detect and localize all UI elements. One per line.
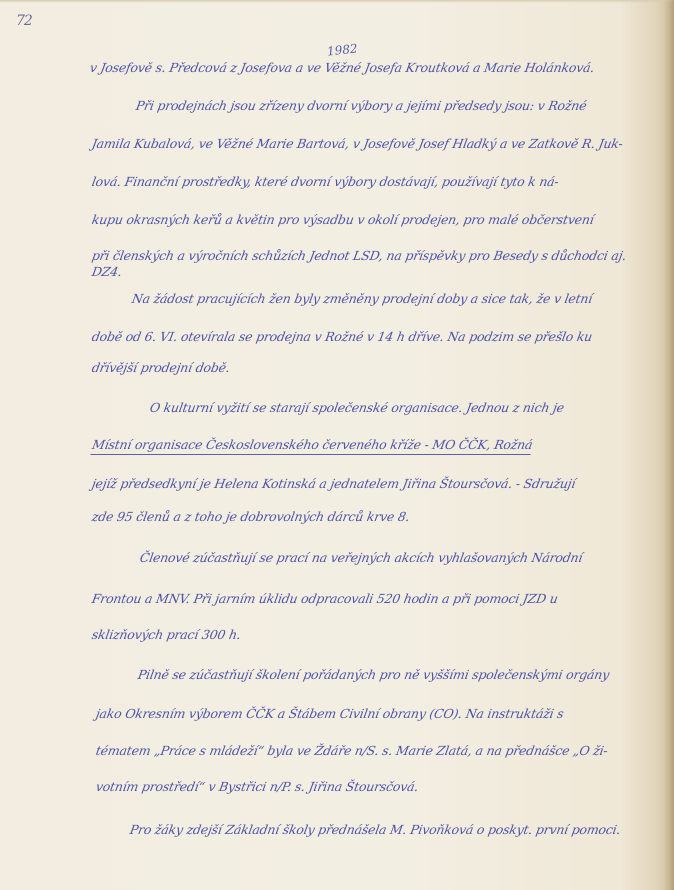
text-line: DZ4. (91, 264, 123, 279)
text-line: Při prodejnách jsou zřízeny dvorní výbor… (135, 98, 588, 113)
scanned-page: 72 1982 v Josefově s. Předcová z Josefov… (0, 0, 674, 890)
text-line: Pro žáky zdejší Základní školy přednášel… (129, 822, 622, 837)
page-number: 72 (16, 13, 32, 29)
text-line-underlined: Místní organisace Československého červe… (90, 437, 533, 455)
text-line: lová. Finanční prostředky, které dvorní … (91, 174, 560, 189)
page-top-edge (0, 0, 674, 3)
text-line: zde 95 členů a z toho je dobrovolných dá… (91, 509, 411, 524)
text-line: dřívější prodejní době. (91, 360, 231, 375)
text-line: Frontou a MNV. Při jarním úklidu odpraco… (91, 591, 559, 606)
binding-shadow (664, 0, 674, 890)
year-annotation: 1982 (326, 41, 358, 58)
text-line: jejíž předsedkyní je Helena Kotinská a j… (91, 476, 577, 491)
text-line: sklizňových prací 300 h. (91, 627, 242, 642)
text-line: O kulturní vyžití se starají společenské… (149, 400, 566, 415)
text-line: kupu okrasných keřů a květin pro výsadbu… (91, 212, 595, 227)
text-line: jako Okresním výborem ČČK a Štábem Civil… (95, 706, 565, 721)
text-line: tématem „Práce s mládeží“ byla ve Ždáře … (95, 743, 609, 758)
text-line: době od 6. VI. otevírala se prodejna v R… (91, 329, 594, 344)
text-line: v Josefově s. Předcová z Josefova a ve V… (89, 60, 596, 75)
text-line: Pilně se zúčastňují školení pořádaných p… (137, 667, 611, 682)
text-line: při členských a výročních schůzích Jedno… (91, 248, 628, 263)
text-line: Členové zúčastňují se prací na veřejných… (139, 550, 584, 565)
text-line: votním prostředí“ v Bystřici n/P. s. Jiř… (95, 779, 420, 794)
text-line: Na žádost pracujících žen byly změněny p… (131, 291, 594, 306)
text-line: Jamila Kubalová, ve Věžné Marie Bartová,… (91, 136, 624, 151)
